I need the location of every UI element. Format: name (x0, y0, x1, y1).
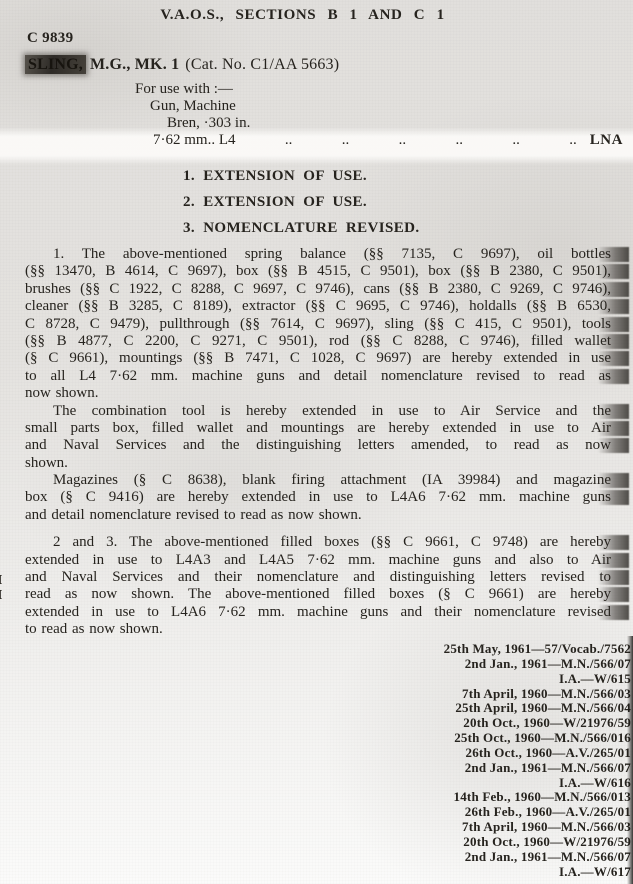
paragraph-line: and Naval Services and the distinguishin… (25, 437, 611, 454)
scanned-document-page: V.A.O.S., SECTIONS B 1 AND C 1 C 9839 SL… (0, 0, 633, 884)
reference-line: 2nd Jan., 1961—M.N./566/07 (444, 657, 631, 672)
paragraph-line: and detail nomenclature revised to read … (25, 507, 611, 524)
paragraph-line: (§§ B 4877, C 2200, C 9271, C 9501), rod… (25, 333, 611, 350)
reference-line: 2nd Jan., 1961—M.N./566/07 (444, 761, 631, 776)
scan-edge-artifact (627, 636, 633, 884)
paragraph-line: 1. The above-mentioned spring balance (§… (25, 246, 611, 263)
for-use-with-block: For use with :— Gun, Machine Bren, ·303 … (0, 81, 250, 132)
lna-code: LNA (590, 132, 623, 148)
paragraph-line: to all L4 7·62 mm. machine guns and deta… (25, 368, 611, 385)
margin-mark: I (0, 573, 2, 589)
paragraph-line: now shown. (25, 385, 611, 402)
paragraph-line: extended in use to L4A3 and L4A5 7·62 mm… (25, 552, 611, 569)
document-body: 1. The above-mentioned spring balance (§… (25, 246, 611, 639)
reference-line: I.A.—W/616 (444, 776, 631, 791)
paragraph-line: The combination tool is hereby extended … (25, 403, 611, 420)
reference-line: 20th Oct., 1960—W/21976/59 (444, 716, 631, 731)
reference-line: 7th April, 1960—M.N./566/03 (444, 820, 631, 835)
reference-line: 25th Oct., 1960—M.N./566/016 (444, 731, 631, 746)
leader-dots: .. (399, 132, 407, 149)
highlighted-word: SLING, (25, 55, 86, 74)
item-title-catalog: (Cat. No. C1/AA 5663) (185, 56, 339, 73)
reference-line: 14th Feb., 1960—M.N./566/013 (444, 790, 631, 805)
paragraph-line: (§ C 9661), mountings (§§ B 7471, C 1028… (25, 350, 611, 367)
amendment-reference-list: 25th May, 1961—57/Vocab./7562 2nd Jan., … (444, 642, 631, 880)
paragraph-line: extended in use to L4A6 7·62 mm. machine… (25, 604, 611, 621)
section-heading: 3. NOMENCLATURE REVISED. (183, 215, 420, 241)
reference-line: 26th Oct., 1960—A.V./265/01 (444, 746, 631, 761)
paragraph-line: cleaner (§§ B 3285, C 8189), extractor (… (25, 298, 611, 315)
paragraph-line: brushes (§§ C 1922, C 8288, C 9697, C 97… (25, 281, 611, 298)
section-headings: 1. EXTENSION OF USE. 2. EXTENSION OF USE… (183, 163, 420, 241)
margin-mark: I (0, 588, 2, 604)
reference-line: 25th April, 1960—M.N./566/04 (444, 701, 631, 716)
reference-line: 25th May, 1961—57/Vocab./7562 (444, 642, 631, 657)
leader-dots: .. (285, 132, 293, 149)
section-heading: 2. EXTENSION OF USE. (183, 189, 420, 215)
leader-dots: .. (569, 132, 577, 148)
paragraph-line: Magazines (§ C 8638), blank firing attac… (25, 472, 611, 489)
section-heading: 1. EXTENSION OF USE. (183, 163, 420, 189)
paragraph-line: shown. (25, 455, 611, 472)
weapon-item-label: 7·62 mm.. L4 (153, 132, 236, 149)
leader-dots: .. (342, 132, 350, 149)
paragraph-line: read as now shown. The above-mentioned f… (25, 586, 611, 603)
weapon-item-leader-row: 7·62 mm.. L4 .. .. .. .. .. ..LNA (153, 132, 623, 149)
doc-number: C 9839 (27, 30, 73, 47)
reference-line: I.A.—W/615 (444, 672, 631, 687)
paragraph-line: to read as now shown. (25, 621, 611, 638)
reference-line: 7th April, 1960—M.N./566/03 (444, 687, 631, 702)
for-use-with-label: For use with :— (135, 81, 250, 98)
reference-line: 26th Feb., 1960—A.V./265/01 (444, 805, 631, 820)
weapon-item: Gun, Machine (150, 98, 250, 115)
leader-dots: .. (512, 132, 520, 149)
page-header-title: V.A.O.S., SECTIONS B 1 AND C 1 (0, 7, 619, 24)
paragraph-line: C 8728, C 9479), pullthrough (§§ 7614, C… (25, 316, 611, 333)
reference-line: 20th Oct., 1960—W/21976/59 (444, 835, 631, 850)
weapon-item: Bren, ·303 in. (167, 115, 250, 132)
leader-end-group: ..LNA (569, 132, 623, 149)
item-title: SLING,M.G., MK. 1(Cat. No. C1/AA 5663) (25, 56, 339, 74)
leader-dots: .. (456, 132, 464, 149)
reference-line: I.A.—W/617 (444, 865, 631, 880)
paragraph-line: (§§ 13470, B 4614, C 9697), box (§§ B 45… (25, 263, 611, 280)
paragraph-line: 2 and 3. The above-mentioned filled boxe… (25, 534, 611, 551)
paragraph-line: small parts box, filled wallet and mount… (25, 420, 611, 437)
paragraph-line: and Naval Services and their nomenclatur… (25, 569, 611, 586)
paragraph-line: box (§ C 9416) are hereby extended in us… (25, 489, 611, 506)
item-title-bold: M.G., MK. 1 (90, 56, 179, 73)
reference-line: 2nd Jan., 1961—M.N./566/07 (444, 850, 631, 865)
